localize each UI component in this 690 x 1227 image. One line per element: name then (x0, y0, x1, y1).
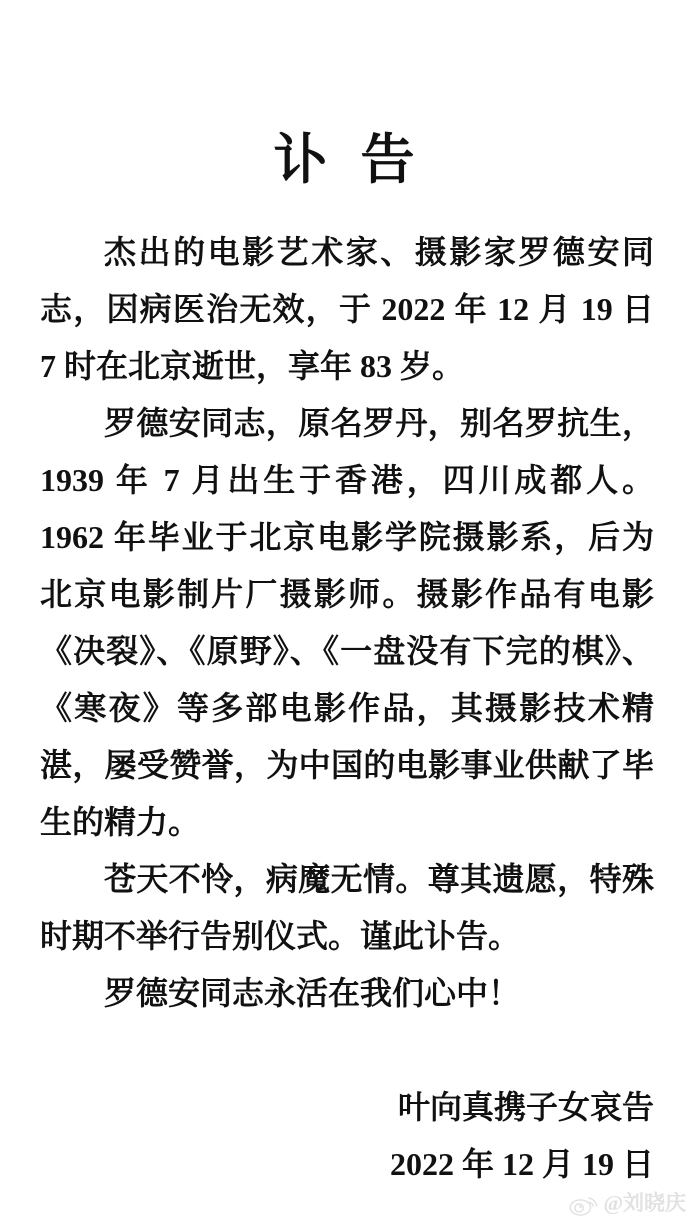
signature-block: 叶向真携子女哀告 2022 年 12 月 19 日 (40, 1079, 654, 1193)
paragraph-remembrance: 罗德安同志永活在我们心中！ (40, 965, 654, 1022)
paragraph-biography: 罗德安同志，原名罗丹，别名罗抗生，1939 年 7 月出生于香港，四川成都人。1… (40, 395, 654, 851)
signature: 叶向真携子女哀告 (40, 1079, 654, 1136)
signature-date: 2022 年 12 月 19 日 (40, 1136, 654, 1193)
paragraph-death-notice: 杰出的电影艺术家、摄影家罗德安同志，因病医治无效，于 2022 年 12 月 1… (40, 224, 654, 395)
paragraph-farewell-arrangement: 苍天不怜，病魔无情。尊其遗愿，特殊时期不举行告别仪式。谨此讣告。 (40, 851, 654, 965)
obituary-document: 讣 告 杰出的电影艺术家、摄影家罗德安同志，因病医治无效，于 2022 年 12… (0, 0, 690, 1227)
document-body: 杰出的电影艺术家、摄影家罗德安同志，因病医治无效，于 2022 年 12 月 1… (0, 224, 690, 1193)
watermark-text: @刘晓庆 (603, 1193, 686, 1214)
document-title: 讣 告 (0, 133, 690, 187)
watermark: @刘晓庆 (568, 1190, 686, 1217)
weibo-icon (568, 1190, 600, 1217)
